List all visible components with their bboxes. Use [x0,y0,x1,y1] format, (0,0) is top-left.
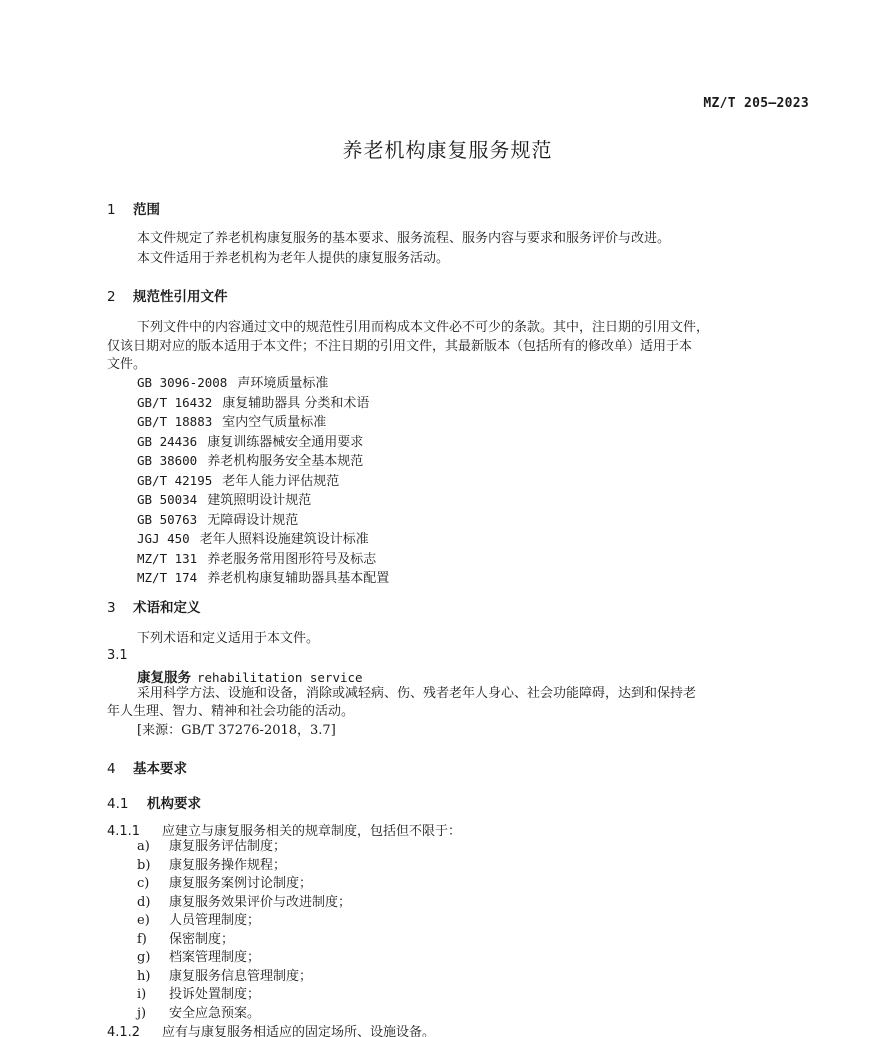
document-title: 养老机构康复服务规范 [0,134,895,163]
reference-name: 声环境质量标准 [237,376,328,391]
list-text: 康复服务效果评价与改进制度； [169,895,351,910]
section-number: 4 [107,761,133,777]
reference-item: GB 50763无障碍设计规范 [137,511,389,531]
reference-code: MZ/T 131 [137,551,197,566]
subsection-number: 4.1 [107,796,147,812]
definition-line: 采用科学方法、设施和设备，消除或减轻病、伤、残者老年人身心、社会功能障碍，达到和… [137,685,696,704]
reference-name: 康复训练器械安全通用要求 [207,435,363,450]
reference-name: 室内空气质量标准 [222,415,326,430]
reference-name: 老年人能力评估规范 [222,474,339,489]
section-number: 2 [107,289,133,305]
section-1-heading: 1范围 [107,198,160,218]
list-text: 人员管理制度； [169,913,260,928]
reference-name: 建筑照明设计规范 [207,493,311,508]
list-item: c)康复服务案例讨论制度； [137,875,351,894]
list-text: 档案管理制度； [169,950,260,965]
normative-references-list: GB 3096-2008声环境质量标准 GB/T 16432康复辅助器具 分类和… [137,374,389,589]
reference-code: GB 3096-2008 [137,375,227,390]
term-chinese: 康复服务 [137,670,191,686]
reference-code: GB/T 16432 [137,395,212,410]
list-text: 安全应急预案。 [169,1006,260,1021]
list-marker: g) [137,949,169,968]
clause-4-1-2: 4.1.2应有与康复服务相适应的固定场所、设施设备。 [107,1021,435,1037]
paragraph-line: 下列文件中的内容通过文中的规范性引用而构成本文件必不可少的条款。其中，注日期的引… [137,319,709,338]
reference-name: 老年人照料设施建筑设计标准 [200,532,369,547]
list-marker: d) [137,894,169,913]
paragraph: 本文件规定了养老机构康复服务的基本要求、服务流程、服务内容与要求和服务评价与改进… [137,230,670,249]
list-item: a)康复服务评估制度； [137,838,351,857]
reference-name: 养老服务常用图形符号及标志 [207,552,376,567]
definition-line: 年人生理、智力、精神和社会功能的活动。 [107,703,354,722]
list-text: 康复服务操作规程； [169,858,286,873]
reference-item: GB 3096-2008声环境质量标准 [137,374,389,394]
clause-text: 应建立与康复服务相关的规章制度，包括但不限于： [162,824,461,839]
list-marker: c) [137,875,169,894]
list-marker: b) [137,857,169,876]
section-3-heading: 3术语和定义 [107,596,201,616]
list-item: g)档案管理制度； [137,949,351,968]
section-title: 术语和定义 [133,600,201,616]
reference-item: MZ/T 131养老服务常用图形符号及标志 [137,550,389,570]
reference-item: GB 24436康复训练器械安全通用要求 [137,433,389,453]
reference-code: GB 38600 [137,453,197,468]
section-4-heading: 4基本要求 [107,757,187,777]
list-marker: f) [137,931,169,950]
paragraph-line: 文件。 [107,356,146,375]
reference-item: GB 38600养老机构服务安全基本规范 [137,452,389,472]
list-marker: e) [137,912,169,931]
requirement-list: a)康复服务评估制度； b)康复服务操作规程； c)康复服务案例讨论制度； d)… [137,838,351,1023]
term-english: rehabilitation service [197,670,363,685]
subsection-4-1-heading: 4.1机构要求 [107,792,201,812]
reference-item: MZ/T 174养老机构康复辅助器具基本配置 [137,569,389,589]
reference-item: GB 50034建筑照明设计规范 [137,491,389,511]
section-title: 范围 [133,202,160,218]
standard-code: MZ/T 205—2023 [0,96,809,111]
reference-code: GB 24436 [137,434,197,449]
paragraph: 本文件适用于养老机构为老年人提供的康复服务活动。 [137,250,449,269]
clause-number: 4.1.2 [107,1025,162,1037]
reference-name: 康复辅助器具 分类和术语 [222,396,369,411]
list-text: 投诉处置制度； [169,987,260,1002]
section-2-heading: 2规范性引用文件 [107,285,228,305]
list-marker: h) [137,968,169,987]
reference-code: GB 50034 [137,492,197,507]
list-text: 康复服务信息管理制度； [169,969,312,984]
reference-name: 养老机构服务安全基本规范 [207,454,363,469]
list-marker: a) [137,838,169,857]
paragraph: 下列术语和定义适用于本文件。 [137,630,319,649]
section-number: 3 [107,600,133,616]
reference-item: GB/T 18883室内空气质量标准 [137,413,389,433]
list-item: e)人员管理制度； [137,912,351,931]
section-number: 1 [107,202,133,218]
reference-code: GB/T 42195 [137,473,212,488]
clause-text: 应有与康复服务相适应的固定场所、设施设备。 [162,1025,435,1037]
section-title: 基本要求 [133,761,187,777]
list-item: d)康复服务效果评价与改进制度； [137,894,351,913]
list-text: 康复服务案例讨论制度； [169,876,312,891]
reference-code: MZ/T 174 [137,570,197,585]
list-item: b)康复服务操作规程； [137,857,351,876]
paragraph-line: 仅该日期对应的版本适用于本文件；不注日期的引用文件，其最新版本（包括所有的修改单… [107,338,692,357]
reference-item: GB/T 16432康复辅助器具 分类和术语 [137,394,389,414]
reference-item: GB/T 42195老年人能力评估规范 [137,472,389,492]
section-title: 规范性引用文件 [133,289,228,305]
list-marker: i) [137,986,169,1005]
list-text: 康复服务评估制度； [169,839,286,854]
list-item: h)康复服务信息管理制度； [137,968,351,987]
list-item: f)保密制度； [137,931,351,950]
list-item: i)投诉处置制度； [137,986,351,1005]
reference-code: GB 50763 [137,512,197,527]
list-text: 保密制度； [169,932,234,947]
reference-name: 无障碍设计规范 [207,513,298,528]
reference-code: GB/T 18883 [137,414,212,429]
reference-name: 养老机构康复辅助器具基本配置 [207,571,389,586]
clause-number: 4.1.1 [107,824,162,839]
reference-item: JGJ 450老年人照料设施建筑设计标准 [137,530,389,550]
reference-code: JGJ 450 [137,531,190,546]
definition-source: [来源：GB/T 37276-2018，3.7] [137,722,336,741]
term-heading: 康复服务rehabilitation service [137,666,363,686]
term-number: 3.1 [107,648,128,663]
subsection-title: 机构要求 [147,796,201,812]
